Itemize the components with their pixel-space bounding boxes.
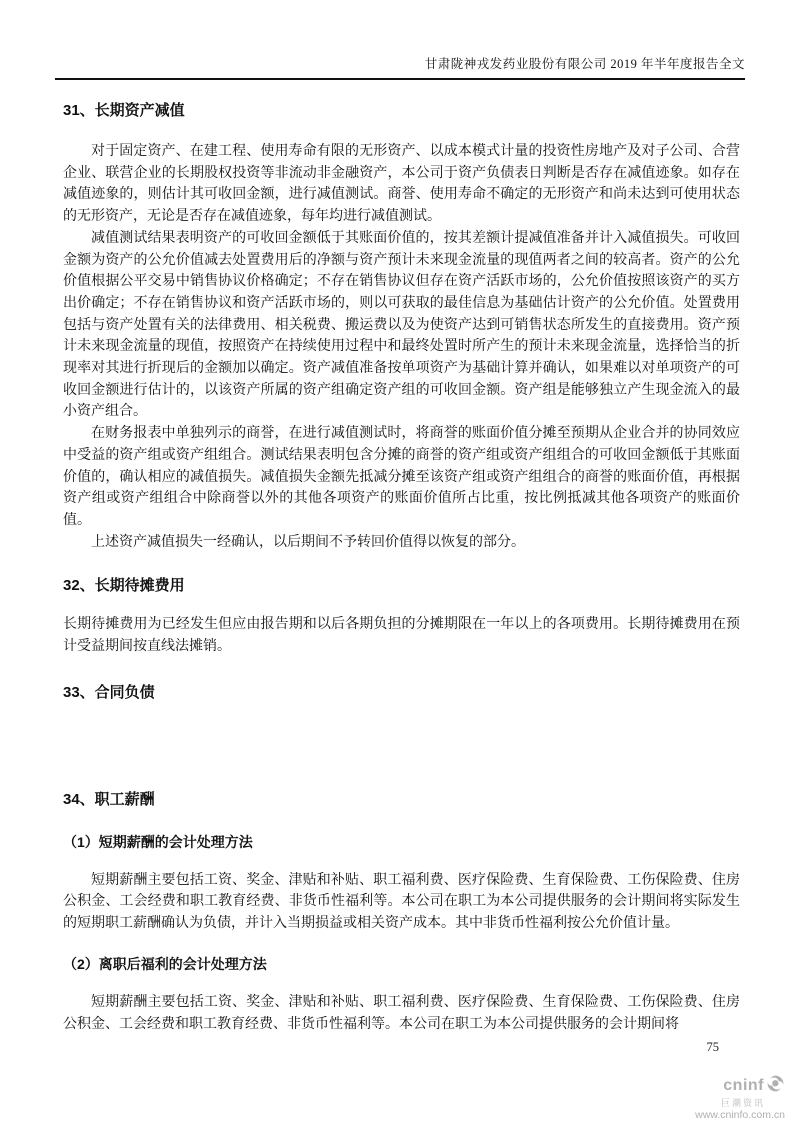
section-34-heading: 34、职工薪酬 [63,788,740,809]
section-31-heading: 31、长期资产减值 [63,99,740,120]
section-31-paragraph-4: 上述资产减值损失一经确认，以后期间不予转回价值得以恢复的部分。 [63,532,740,554]
section-34-sub-1-paragraph: 短期薪酬主要包括工资、奖金、津贴和补贴、职工福利费、医疗保险费、生育保险费、工伤… [63,870,740,935]
cninfo-logo-row: cninf [695,1074,785,1098]
swirl-icon [766,1074,785,1098]
cninfo-logo-text: cninf [723,1077,764,1095]
section-34-sub-2-paragraph: 短期薪酬主要包括工资、奖金、津贴和补贴、职工福利费、医疗保险费、生育保险费、工伤… [63,992,740,1035]
cninfo-logo-url: www.cninfo.com.cn [695,1110,785,1122]
section-31-paragraph-3: 在财务报表中单独列示的商誉，在进行减值测试时，将商誉的账面价值分摊至预期从企业合… [63,423,740,532]
page-content: 31、长期资产减值 对于固定资产、在建工程、使用寿命有限的无形资产、以成本模式计… [63,99,740,1035]
section-31-paragraph-2: 减值测试结果表明资产的可收回金额低于其账面价值的，按其差额计提减值准备并计入减值… [63,228,740,423]
section-32-paragraph-1: 长期待摊费用为已经发生但应由报告期和以后各期负担的分摊期限在一年以上的各项费用。… [63,614,740,657]
report-page: 甘肃陇神戎发药业股份有限公司 2019 年半年度报告全文 31、长期资产减值 对… [0,0,793,1122]
section-34-sub-1-heading: （1）短期薪酬的会计处理方法 [63,832,740,852]
cninfo-logo: cninf 巨潮资讯 www.cninfo.com.cn [695,1074,785,1122]
section-31-paragraph-1: 对于固定资产、在建工程、使用寿命有限的无形资产、以成本模式计量的投资性房地产及对… [63,141,740,228]
page-header: 甘肃陇神戎发药业股份有限公司 2019 年半年度报告全文 [55,0,745,80]
report-header-title: 甘肃陇神戎发药业股份有限公司 2019 年半年度报告全文 [425,57,745,71]
section-33-heading: 33、合同负债 [63,681,740,702]
section-32-heading: 32、长期待摊费用 [63,574,740,595]
cninfo-logo-subtitle: 巨潮资讯 [695,1099,765,1109]
page-number: 75 [707,1040,720,1055]
section-34-sub-2-heading: （2）离职后福利的会计处理方法 [63,954,740,974]
